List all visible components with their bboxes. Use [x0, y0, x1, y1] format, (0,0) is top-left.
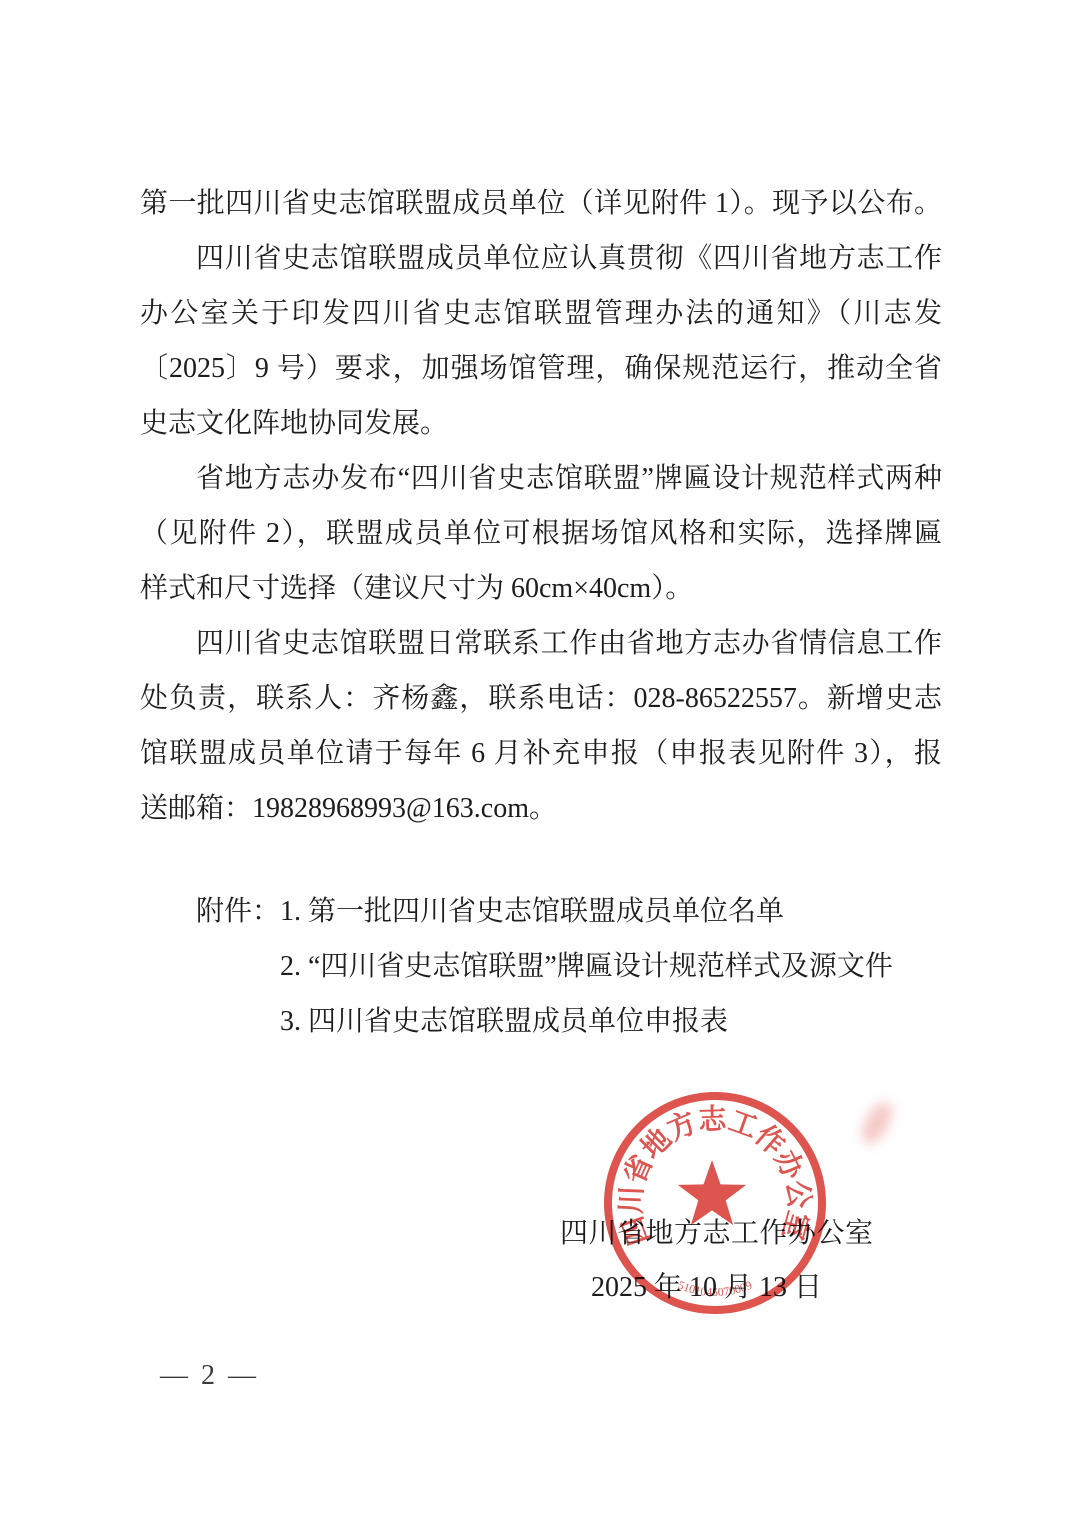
body-line: 送邮箱：19828968993@163.com。 [140, 781, 942, 836]
body-line: 第一批四川省史志馆联盟成员单位（详见附件 1）。现予以公布。 [140, 176, 942, 231]
body-line: 馆联盟成员单位请于每年 6 月补充申报（申报表见附件 3），报 [140, 726, 942, 781]
body-line: 四川省史志馆联盟日常联系工作由省地方志办省情信息工作 [140, 616, 942, 671]
official-seal-icon: 四川省地方志工作办公室 5101045070009 [601, 1089, 829, 1317]
body-line: （见附件 2），联盟成员单位可根据场馆风格和实际，选择牌匾 [140, 506, 942, 561]
attachments-list: 附件：1. 第一批四川省史志馆联盟成员单位名单 2. “四川省史志馆联盟”牌匾设… [140, 884, 942, 1049]
seal-code: 5101045070009 [676, 1278, 754, 1299]
document-page: 第一批四川省史志馆联盟成员单位（详见附件 1）。现予以公布。 四川省史志馆联盟成… [0, 0, 1080, 1527]
seal-ink-smudge [856, 1098, 897, 1149]
attachments-label: 附件： [196, 896, 280, 927]
body-line: 样式和尺寸选择（建议尺寸为 60cm×40cm）。 [140, 561, 942, 616]
attachment-item: 3. 四川省史志馆联盟成员单位申报表 [280, 994, 942, 1049]
attachment-item: 2. “四川省史志馆联盟”牌匾设计规范样式及源文件 [280, 939, 942, 994]
page-number: — 2 — [160, 1360, 259, 1392]
body-line: 办公室关于印发四川省史志馆联盟管理办法的通知》（川志发 [140, 286, 942, 341]
attachment-item: 1. 第一批四川省史志馆联盟成员单位名单 [280, 896, 784, 927]
body-text: 第一批四川省史志馆联盟成员单位（详见附件 1）。现予以公布。 四川省史志馆联盟成… [140, 176, 942, 836]
body-line: 四川省史志馆联盟成员单位应认真贯彻《四川省地方志工作 [140, 231, 942, 286]
seal-star-icon [678, 1160, 746, 1225]
attachments-line: 附件：1. 第一批四川省史志馆联盟成员单位名单 [140, 884, 942, 939]
body-line: 〔2025〕9 号）要求，加强场馆管理，确保规范运行，推动全省 [140, 341, 942, 396]
body-line: 省地方志办发布“四川省史志馆联盟”牌匾设计规范样式两种 [140, 451, 942, 506]
body-line: 处负责，联系人：齐杨鑫，联系电话：028-86522557。新增史志 [140, 671, 942, 726]
body-line: 史志文化阵地协同发展。 [140, 396, 942, 451]
